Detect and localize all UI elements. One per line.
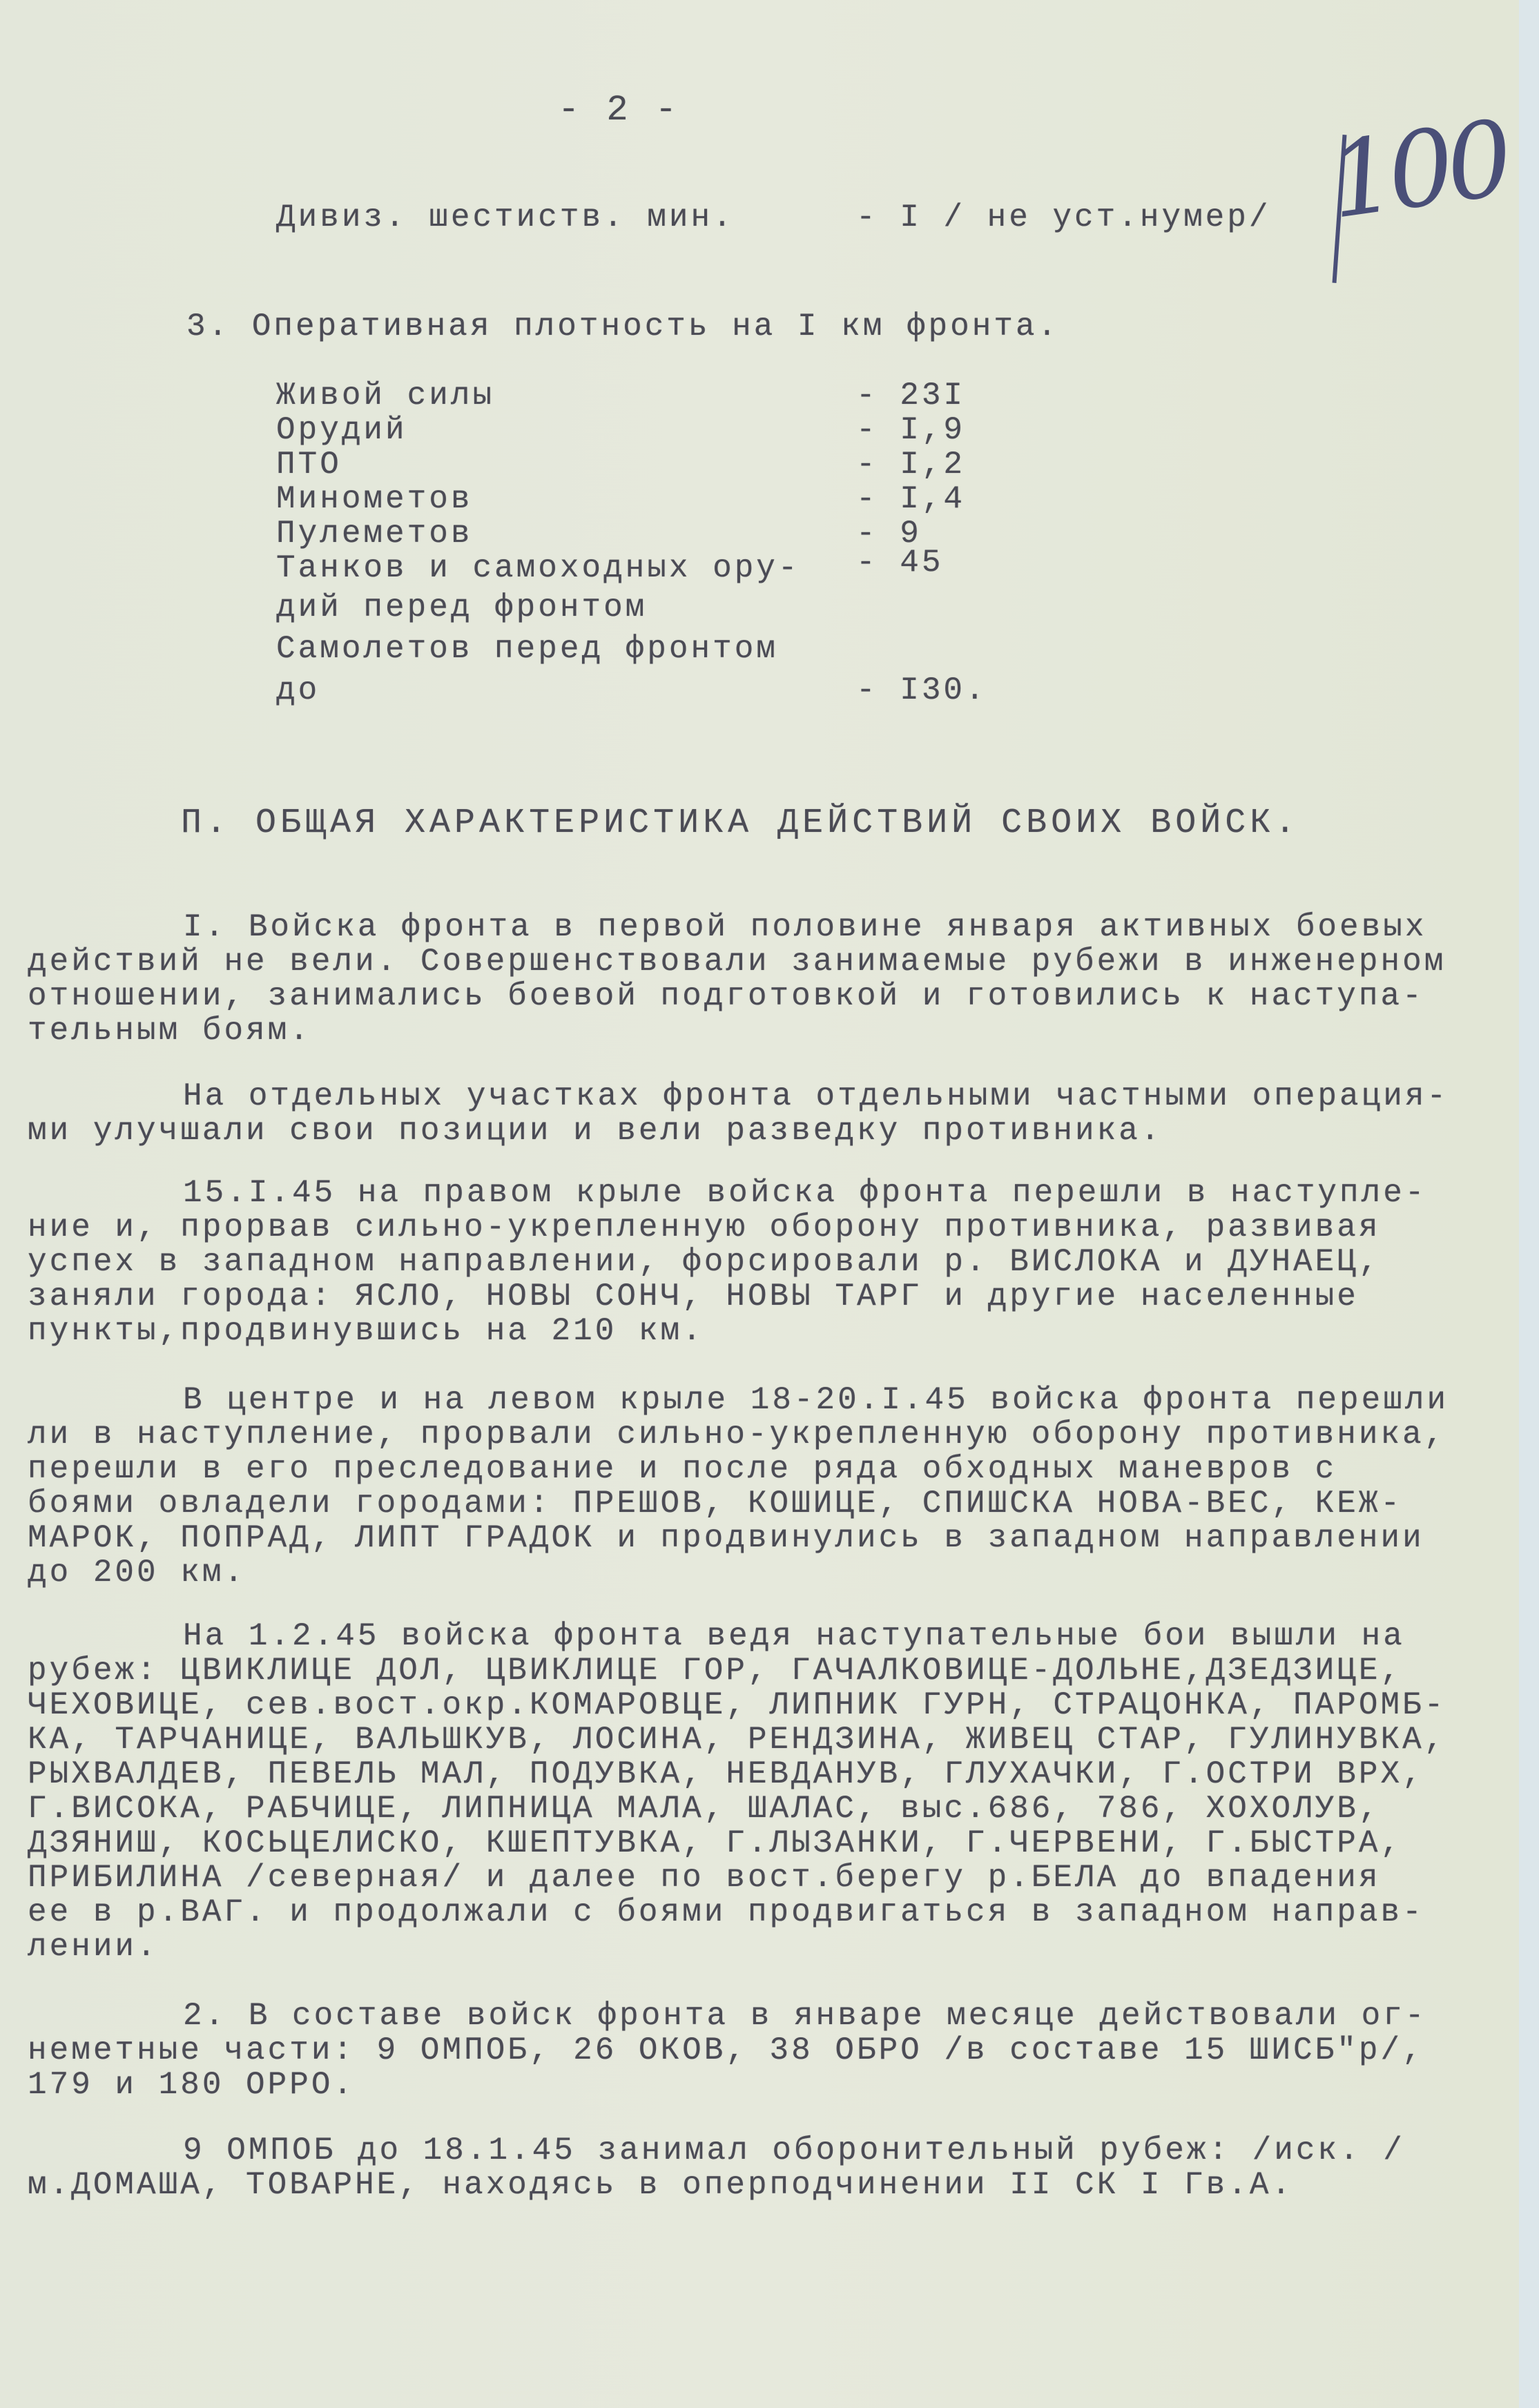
text-line: ДЗЯНИШ, КОСЬЦЕЛИСКО, КШЕПТУВКА, Г.ЛЫЗАНК… (28, 1826, 1402, 1861)
section-II-heading: П. ОБЩАЯ ХАРАКТЕРИСТИКА ДЕЙСТВИЙ СВОИХ В… (181, 806, 1299, 841)
text-line: МАРОК, ПОПРАД, ЛИПТ ГРАДОК и продвинулис… (28, 1521, 1424, 1555)
text-line: I. Войска фронта в первой половине январ… (183, 910, 1426, 944)
text-line: 2. В составе войск фронта в январе месяц… (183, 1999, 1426, 2033)
text-line: действий не вели. Совершенствовали заним… (28, 944, 1446, 979)
text-line: до 200 км. (28, 1555, 246, 1590)
text-line: 9 ОМПОБ до 18.1.45 занимал оборонительны… (183, 2133, 1405, 2168)
text-line: В центре и на левом крыле 18-20.I.45 вой… (183, 1383, 1449, 1417)
density-label: Пулеметов (276, 516, 472, 551)
density-label: до (276, 673, 320, 708)
top-line-value: - I / не уст.нумер/ (856, 200, 1271, 235)
density-value: - I,2 (856, 447, 965, 482)
text-line: ПРИБИЛИНА /северная/ и далее по вост.бер… (28, 1861, 1380, 1895)
density-label: Живой силы (276, 378, 494, 413)
text-line: ее в р.ВАГ. и продолжали с боями продвиг… (28, 1895, 1424, 1930)
density-label: дий перед фронтом (276, 590, 647, 625)
text-line: 179 и 180 ОРРО. (28, 2068, 355, 2102)
text-line: заняли города: ЯСЛО, НОВЫ СОНЧ, НОВЫ ТАР… (28, 1279, 1359, 1314)
scan-edge (1519, 0, 1539, 2408)
text-line: тельным боям. (28, 1013, 311, 1048)
density-value: - I,4 (856, 482, 965, 516)
text-line: перешли в его преследование и после ряда… (28, 1452, 1337, 1486)
text-line: ми улучшали свои позиции и вели разведку… (28, 1114, 1162, 1148)
text-line: Г.ВИСОКА, РАБЧИЦЕ, ЛИПНИЦА МАЛА, ШАЛАС, … (28, 1792, 1380, 1826)
text-line: На отдельных участках фронта отдельными … (183, 1079, 1449, 1114)
text-line: боями овладели городами: ПРЕШОВ, КОШИЦЕ,… (28, 1486, 1402, 1521)
text-line: лении. (28, 1930, 159, 1964)
page-number: - 2 - (558, 93, 679, 128)
density-value: - I30. (856, 673, 987, 708)
text-line: пункты,продвинувшись на 210 км. (28, 1314, 704, 1348)
density-label: Самолетов перед фронтом (276, 632, 778, 666)
density-value: - 45 (856, 545, 943, 580)
density-label: Танков и самоходных ору- (276, 551, 800, 585)
text-line: м.ДОМАША, ТОВАРНЕ, находясь в оперподчин… (28, 2168, 1293, 2202)
density-label: ПТО (276, 447, 342, 482)
text-line: КА, ТАРЧАНИЦЕ, ВАЛЬШКУВ, ЛОСИНА, РЕНДЗИН… (28, 1722, 1446, 1757)
text-line: неметные части: 9 ОМПОБ, 26 ОКОВ, 38 ОБР… (28, 2033, 1424, 2068)
text-line: ЧЕХОВИЦЕ, сев.вост.окр.КОМАРОВЦЕ, ЛИПНИК… (28, 1688, 1446, 1722)
text-line: ние и, прорвав сильно-укрепленную оборон… (28, 1210, 1380, 1245)
text-line: успех в западном направлении, форсировал… (28, 1245, 1380, 1279)
handwritten-folio-number: 100 (1322, 99, 1513, 242)
text-line: РЫХВАЛДЕВ, ПЕВЕЛЬ МАЛ, ПОДУВКА, НЕВДАНУВ… (28, 1757, 1424, 1792)
density-label: Орудий (276, 413, 407, 447)
text-line: На 1.2.45 войска фронта ведя наступатель… (183, 1619, 1405, 1653)
density-label: Минометов (276, 482, 472, 516)
density-value: - I,9 (856, 413, 965, 447)
text-line: ли в наступление, прорвали сильно-укрепл… (28, 1417, 1446, 1452)
density-value: - 23I (856, 378, 965, 413)
text-line: отношении, занимались боевой подготовкой… (28, 979, 1424, 1013)
section-3-title: 3. Оперативная плотность на I км фронта. (186, 309, 1059, 344)
text-line: 15.I.45 на правом крыле войска фронта пе… (183, 1176, 1426, 1210)
text-line: рубеж: ЦВИКЛИЦЕ ДОЛ, ЦВИКЛИЦЕ ГОР, ГАЧАЛ… (28, 1653, 1402, 1688)
top-line-label: Дивиз. шестиств. мин. (276, 200, 735, 235)
